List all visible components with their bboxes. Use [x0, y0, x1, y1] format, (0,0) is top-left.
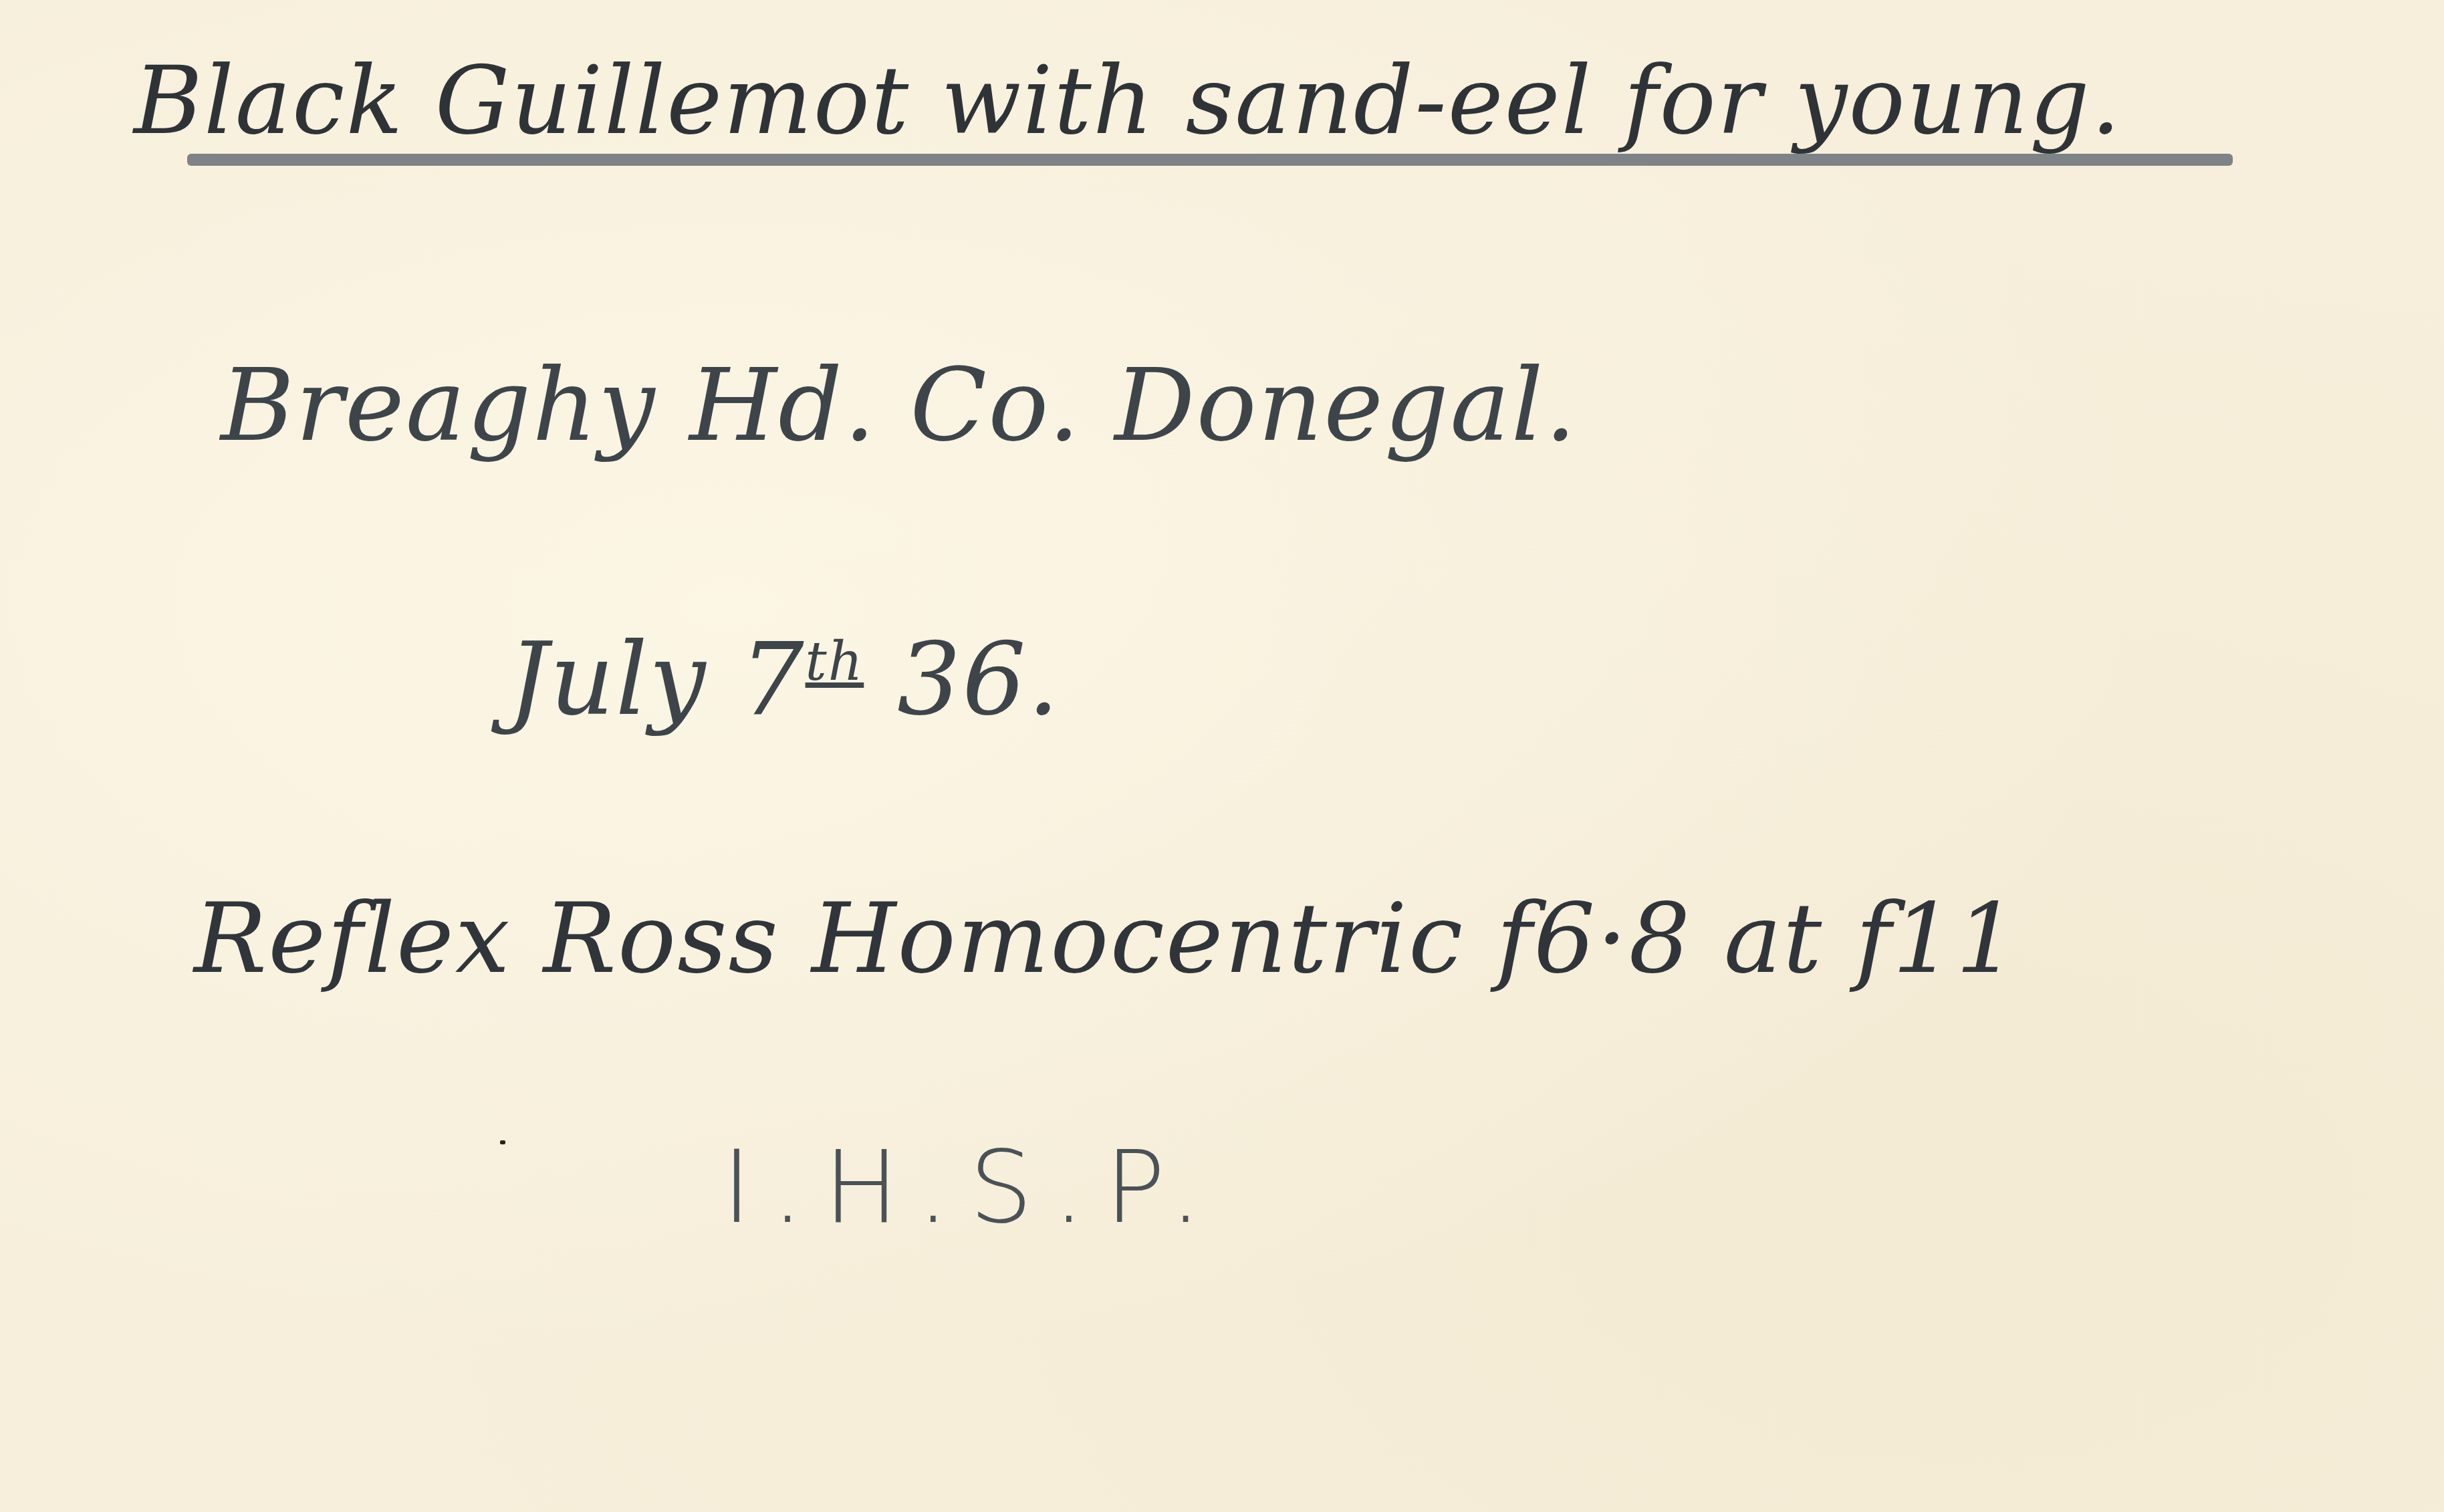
photographer-initials: I.H.S.P.: [722, 1130, 1221, 1246]
handwritten-photo-card: Black Guillemot with sand-eel for young.…: [0, 0, 2444, 1512]
date-year: 36.: [864, 622, 1060, 738]
date-month-day: July 7: [508, 622, 806, 738]
title-underline: [187, 154, 2233, 166]
date-ordinal-suffix: th: [806, 630, 864, 692]
date-text: July 7th 36.: [508, 622, 1060, 738]
paper-speck: [500, 1140, 505, 1144]
locality-text: Breaghy Hd. Co. Donegal.: [221, 348, 1578, 464]
card-title: Black Guillemot with sand-eel for young.: [134, 47, 2122, 156]
camera-details-text: Reflex Ross Homocentric f6·8 at f11: [194, 882, 2019, 995]
